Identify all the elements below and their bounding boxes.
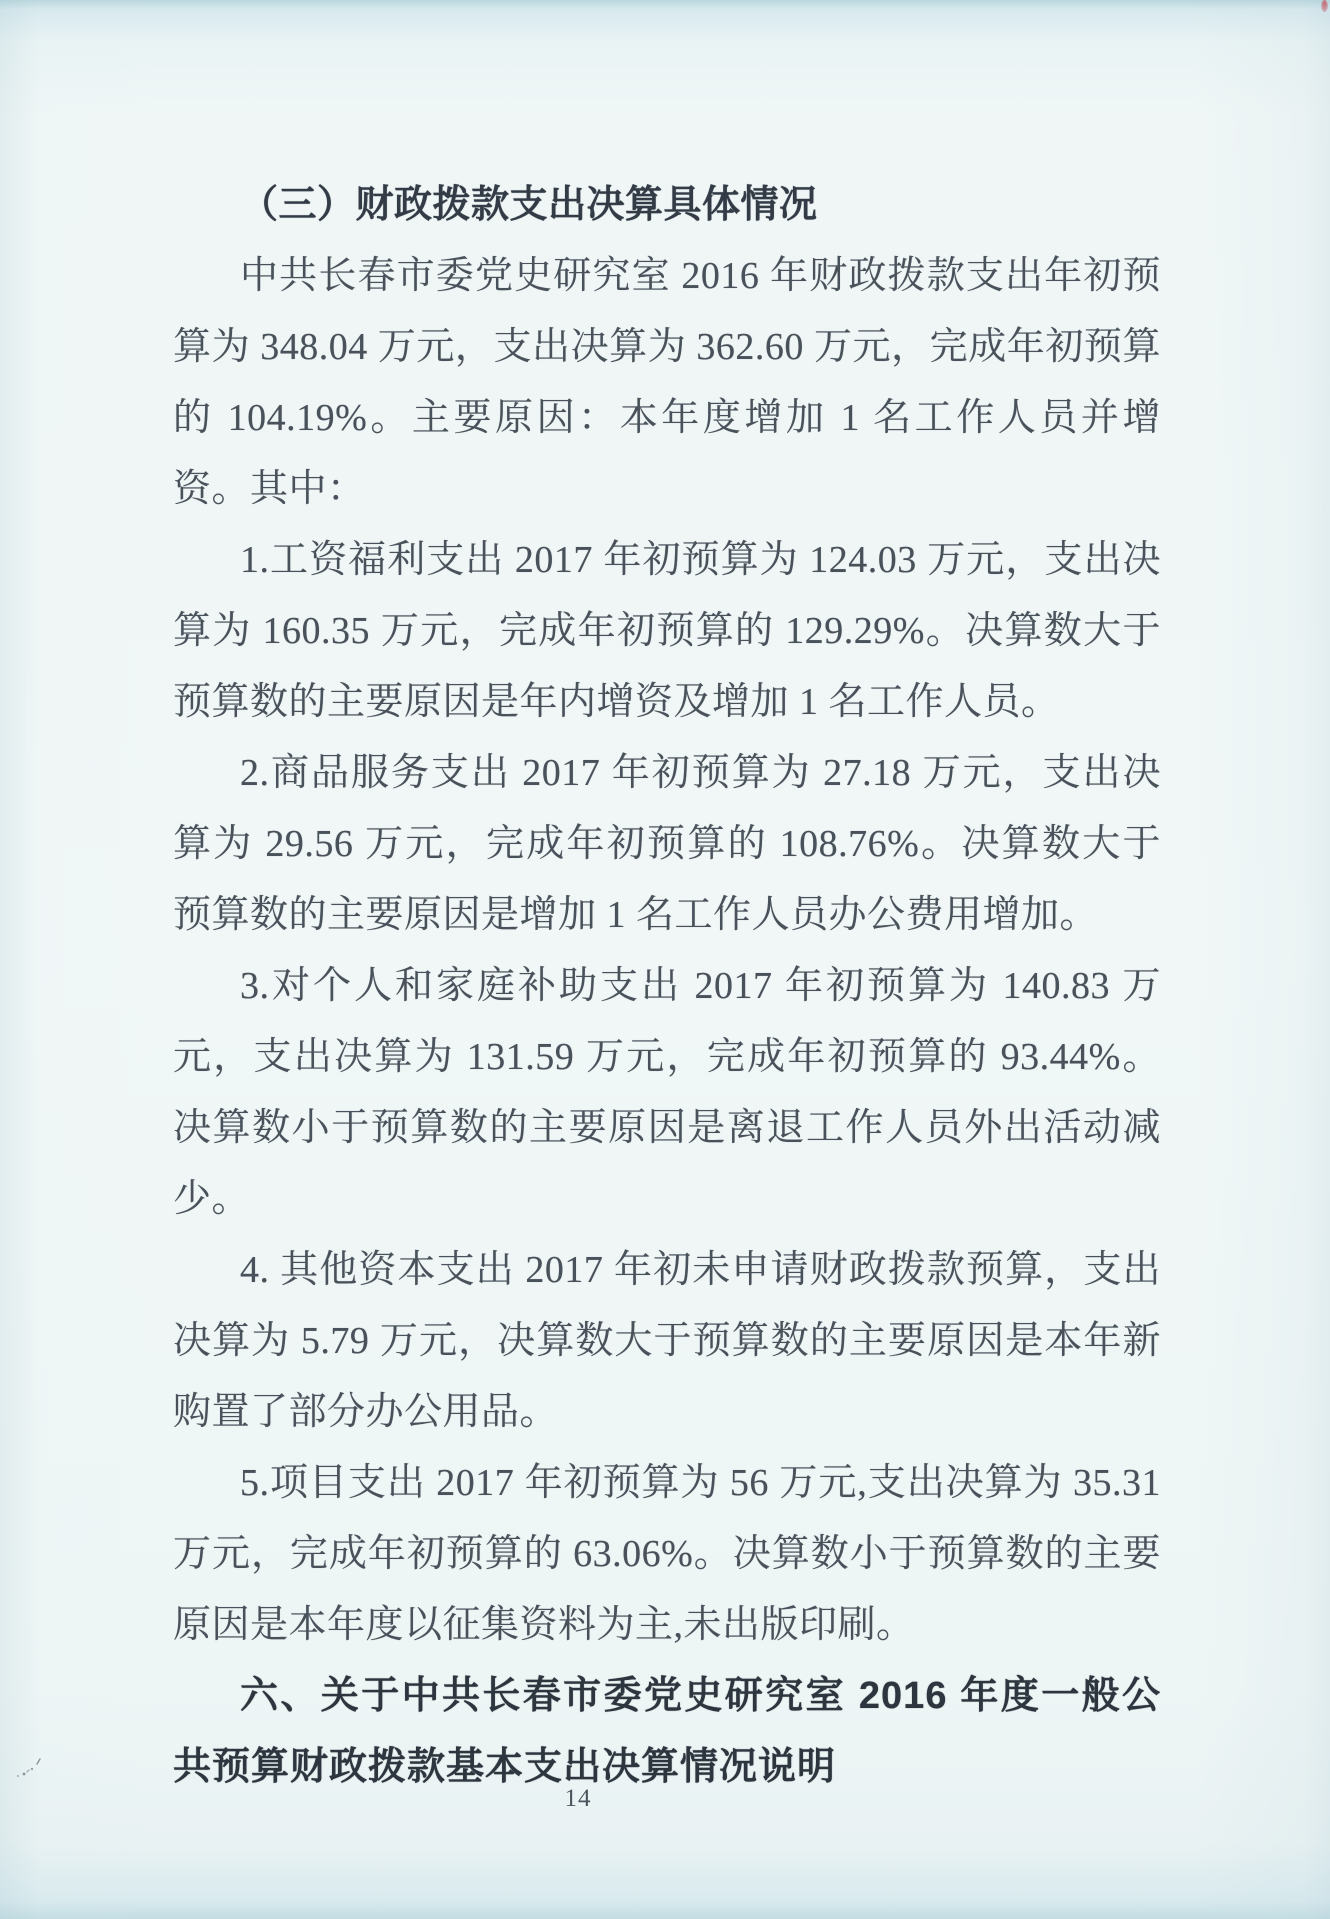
scanned-document-page: （三）财政拨款支出决算具体情况 中共长春市委党史研究室 2016 年财政拨款支出…	[0, 0, 1330, 1919]
paragraph-other-capital: 4. 其他资本支出 2017 年初未申请财政拨款预算，支出决算为 5.79 万元…	[173, 1235, 1161, 1448]
paragraph-individual-family-subsidy: 3.对个人和家庭补助支出 2017 年初预算为 140.83 万元，支出决算为 …	[173, 951, 1161, 1235]
paragraph-goods-services: 2.商品服务支出 2017 年初预算为 27.18 万元，支出决算为 29.56…	[173, 738, 1161, 951]
paragraph-project-expenditure: 5.项目支出 2017 年初预算为 56 万元,支出决算为 35.31 万元，完…	[173, 1448, 1161, 1661]
scan-smudge-mark	[14, 1756, 48, 1782]
closing-section-heading: 六、关于中共长春市委党史研究室 2016 年度一般公共预算财政拨款基本支出决算情…	[173, 1661, 1161, 1803]
paragraph-overview: 中共长春市委党史研究室 2016 年财政拨款支出年初预算为 348.04 万元，…	[173, 241, 1161, 525]
page-number: 14	[548, 1782, 608, 1816]
document-text-block: （三）财政拨款支出决算具体情况 中共长春市委党史研究室 2016 年财政拨款支出…	[173, 170, 1161, 1803]
paragraph-wages-welfare: 1.工资福利支出 2017 年初预算为 124.03 万元，支出决算为 160.…	[173, 525, 1161, 738]
scan-red-speck	[1321, 0, 1328, 12]
section-heading: （三）财政拨款支出决算具体情况	[173, 170, 1161, 241]
